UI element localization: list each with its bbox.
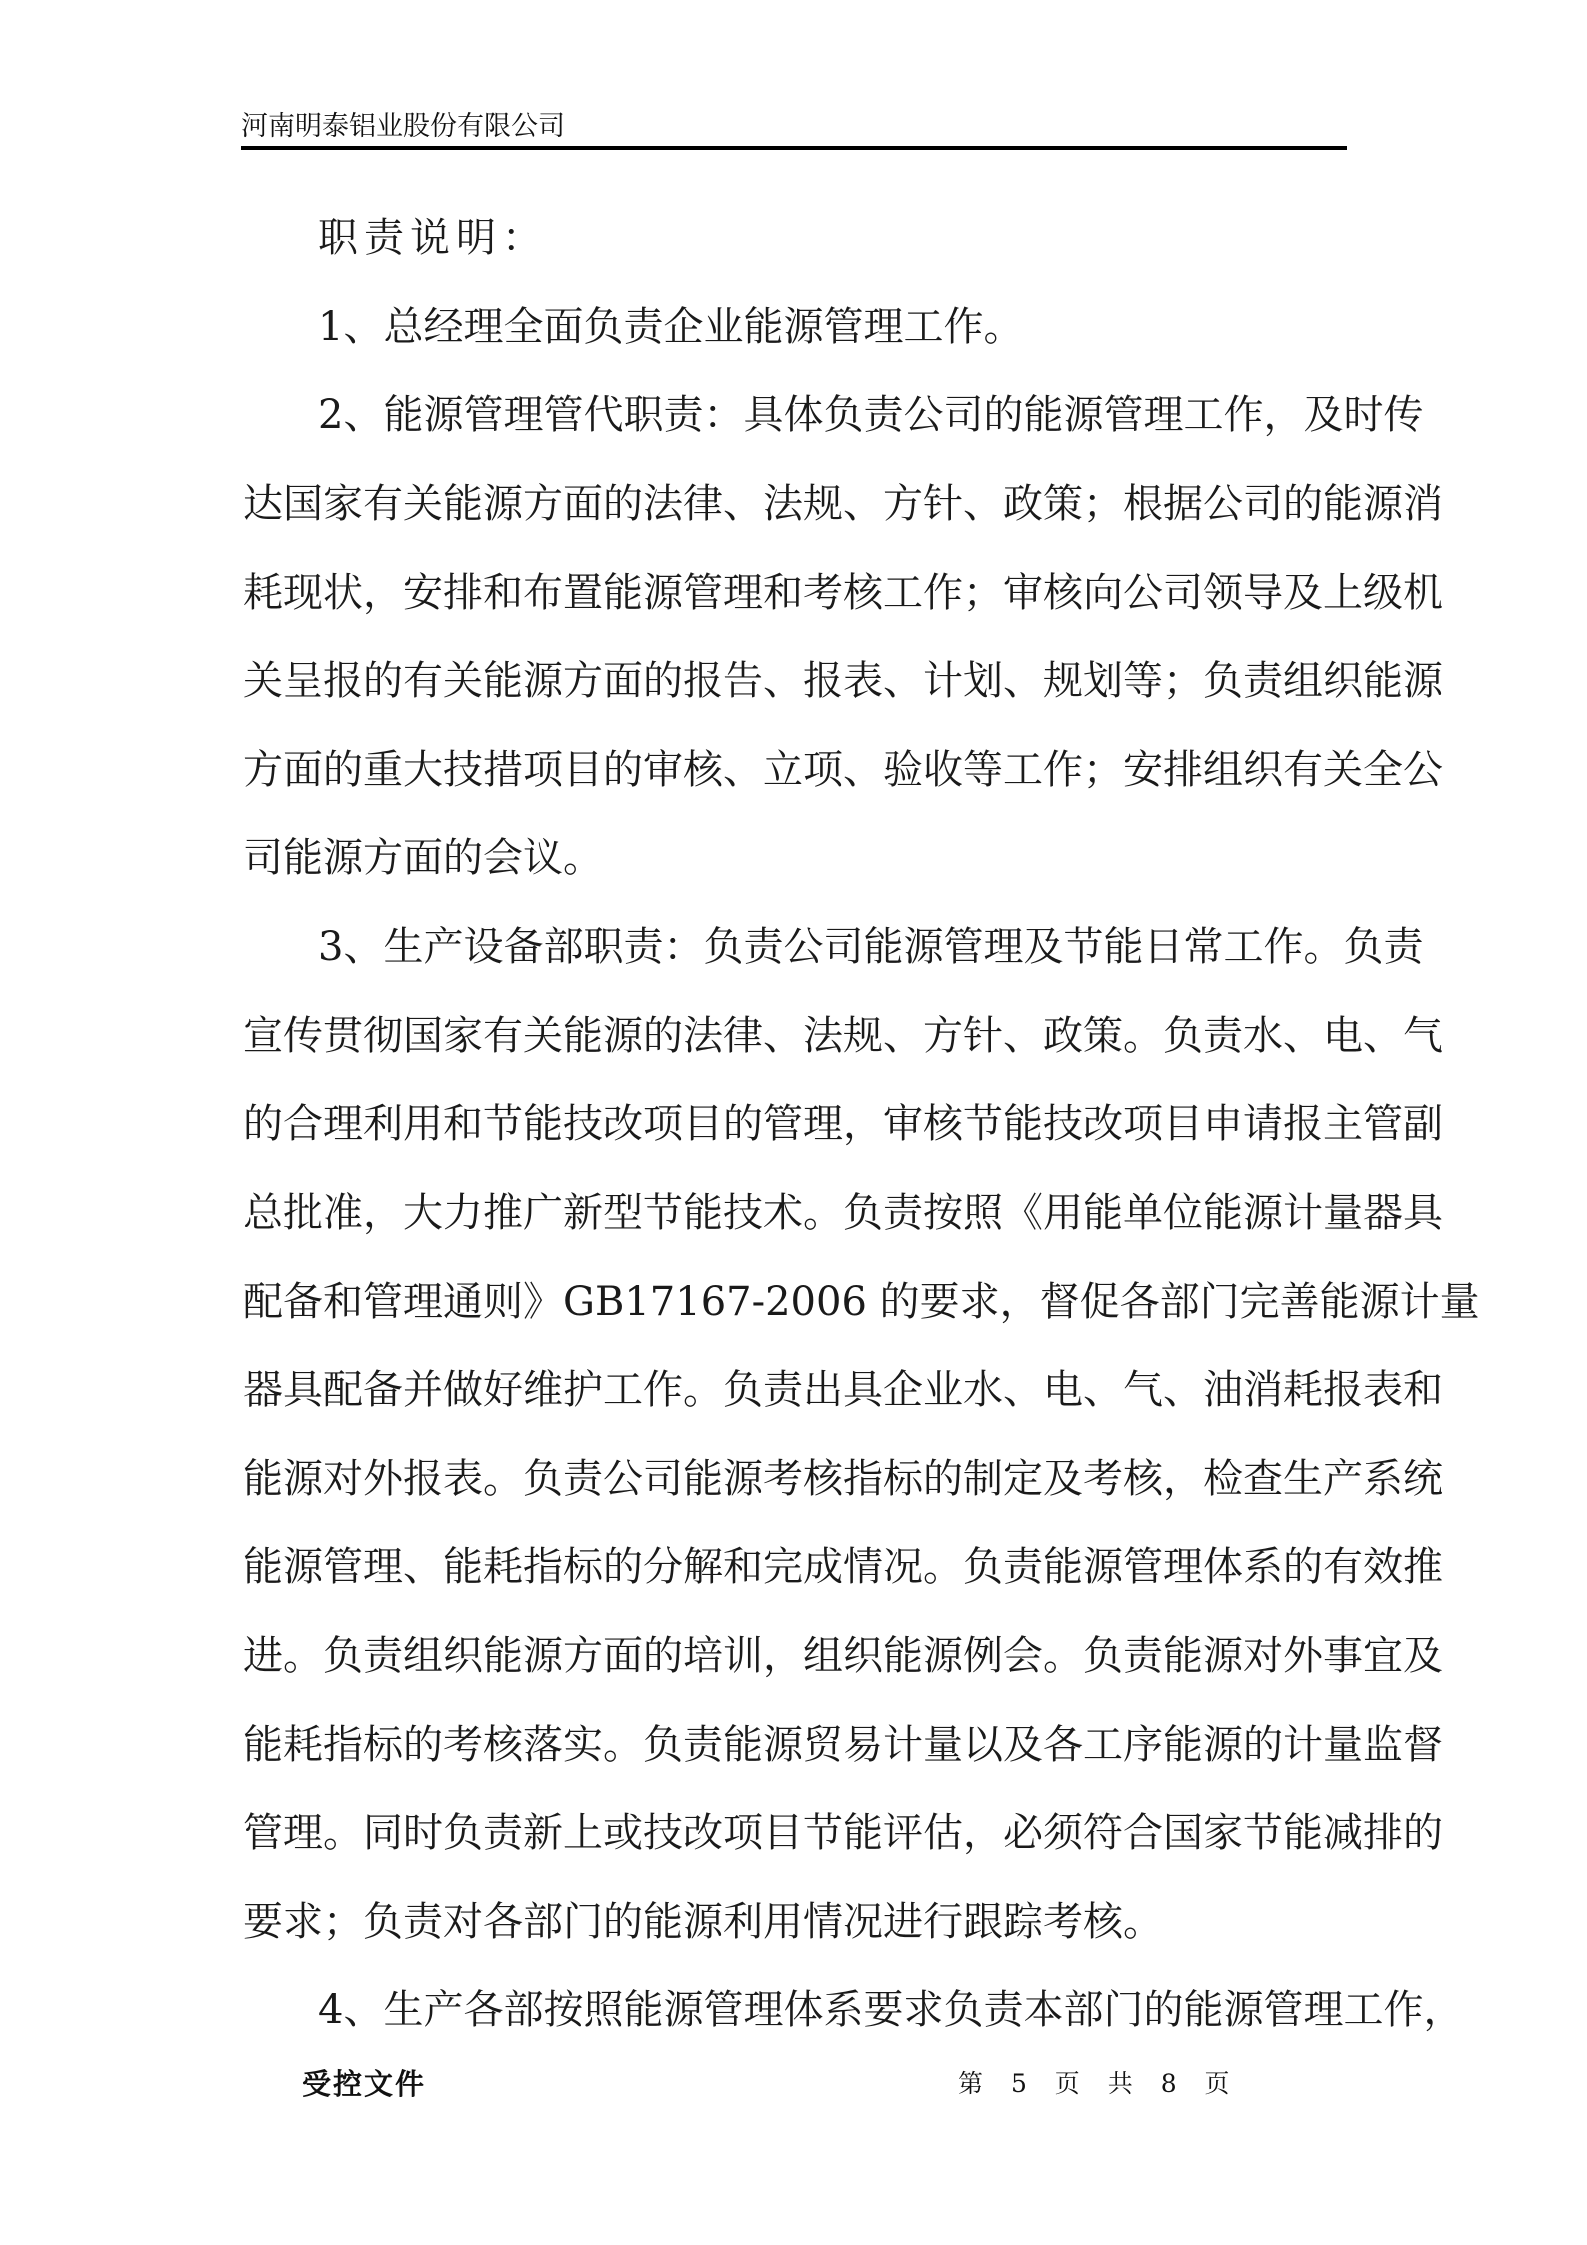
paragraph-3-line: 宣传贯彻国家有关能源的法律、法规、方针、政策。负责水、电、气: [243, 1006, 1347, 1066]
paragraph-3-line: 管理。同时负责新上或技改项目节能评估，必须符合国家节能减排的: [243, 1803, 1347, 1863]
paragraph-3-line: 能耗指标的考核落实。负责能源贸易计量以及各工序能源的计量监督: [243, 1715, 1347, 1775]
controlled-document-label: 受控文件: [302, 2066, 426, 2102]
paragraph-3-line: 能源对外报表。负责公司能源考核指标的制定及考核，检查生产系统: [243, 1449, 1347, 1509]
paragraph-3-line: 器具配备并做好维护工作。负责出具企业水、电、气、油消耗报表和: [243, 1360, 1347, 1420]
document-page: 河南明泰铝业股份有限公司 职责说明： 1、总经理全面负责企业能源管理工作。 2、…: [0, 0, 1587, 2245]
paragraph-2-line: 司能源方面的会议。: [243, 828, 1347, 888]
paragraph-2-line: 2、能源管理管代职责：具体负责公司的能源管理工作，及时传: [318, 385, 1347, 445]
header-divider: [241, 146, 1347, 150]
section-heading: 职责说明：: [318, 208, 548, 268]
paragraph-3-line: 进。负责组织能源方面的培训，组织能源例会。负责能源对外事宜及: [243, 1626, 1347, 1686]
paragraph-2-line: 达国家有关能源方面的法律、法规、方针、政策；根据公司的能源消: [243, 474, 1347, 534]
page-number: 第 5 页 共 8 页: [958, 2066, 1236, 2102]
paragraph-3-line: 要求；负责对各部门的能源利用情况进行跟踪考核。: [243, 1892, 1347, 1952]
paragraph-4-line: 4、生产各部按照能源管理体系要求负责本部门的能源管理工作，: [318, 1980, 1347, 2040]
paragraph-2-line: 方面的重大技措项目的审核、立项、验收等工作；安排组织有关全公: [243, 740, 1347, 800]
paragraph-3-line: 配备和管理通则》GB17167-2006 的要求，督促各部门完善能源计量: [243, 1272, 1347, 1332]
paragraph-3-line: 的合理利用和节能技改项目的管理，审核节能技改项目申请报主管副: [243, 1094, 1347, 1154]
paragraph-3-line: 总批准，大力推广新型节能技术。负责按照《用能单位能源计量器具: [243, 1183, 1347, 1243]
paragraph-2-line: 耗现状，安排和布置能源管理和考核工作；审核向公司领导及上级机: [243, 563, 1347, 623]
paragraph-1-line: 1、总经理全面负责企业能源管理工作。: [318, 297, 1347, 357]
paragraph-3-line: 3、生产设备部职责：负责公司能源管理及节能日常工作。负责: [318, 917, 1347, 977]
header-company-name: 河南明泰铝业股份有限公司: [241, 110, 565, 144]
paragraph-3-line: 能源管理、能耗指标的分解和完成情况。负责能源管理体系的有效推: [243, 1537, 1347, 1597]
paragraph-2-line: 关呈报的有关能源方面的报告、报表、计划、规划等；负责组织能源: [243, 651, 1347, 711]
